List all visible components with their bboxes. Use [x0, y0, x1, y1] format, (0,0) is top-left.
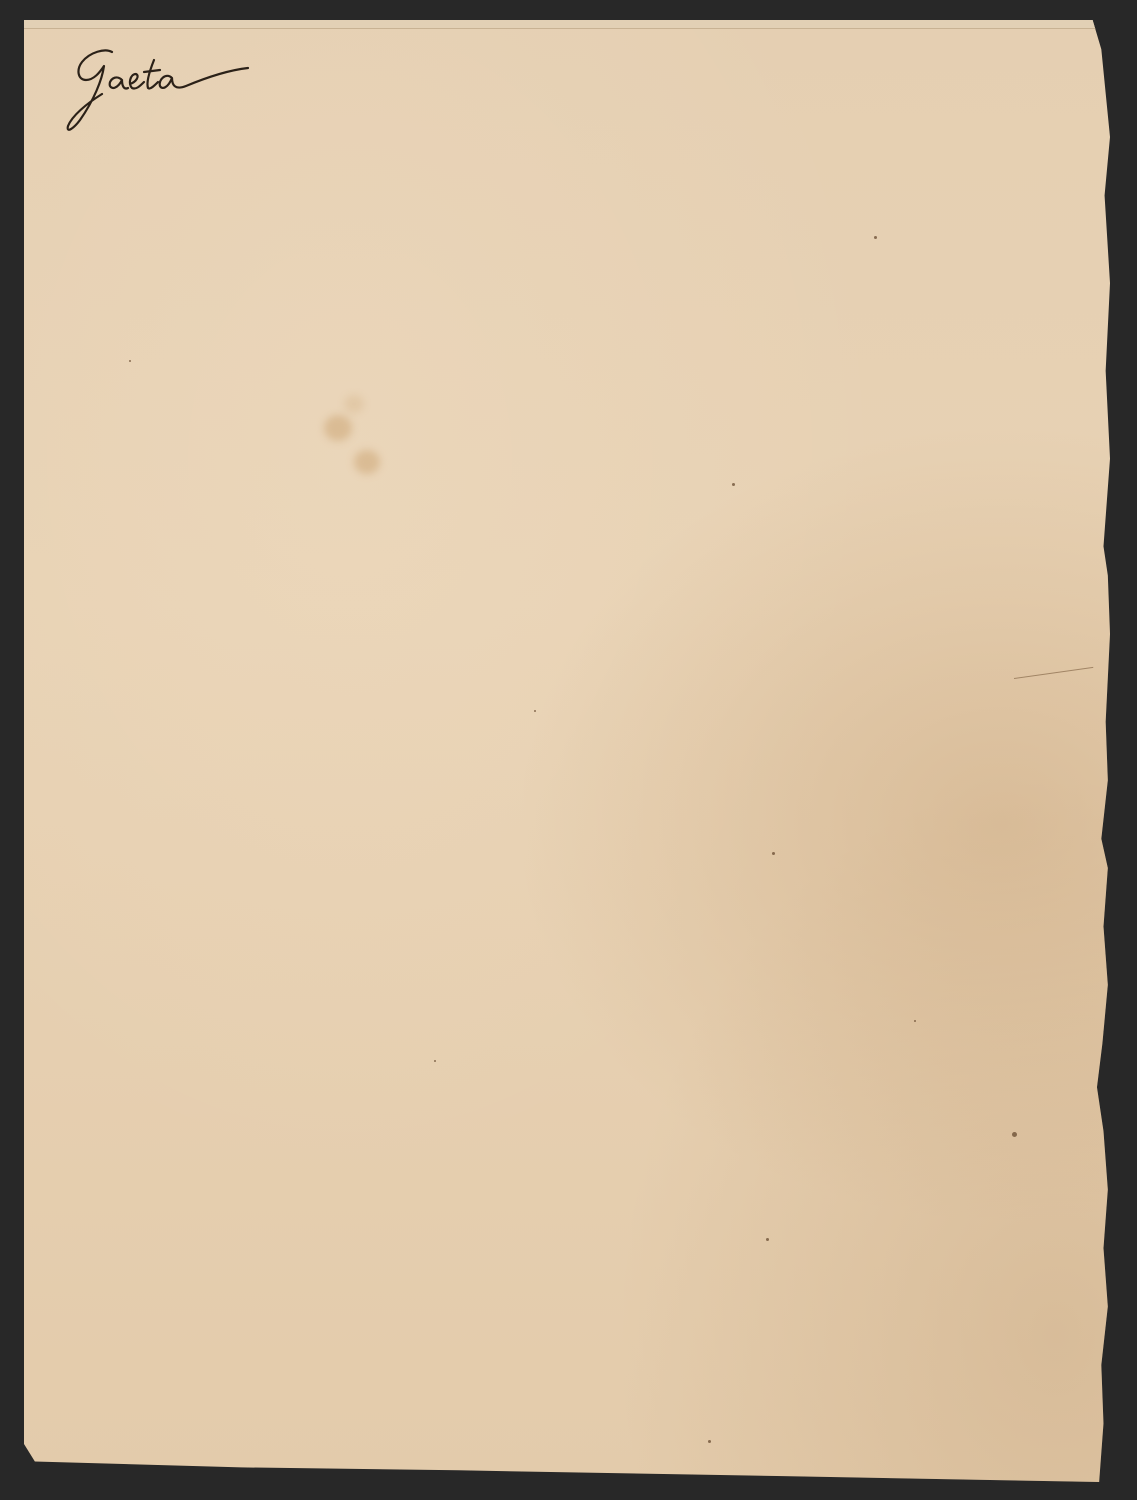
speck	[914, 1020, 916, 1022]
paper-crack	[1014, 667, 1093, 679]
speck	[1012, 1132, 1017, 1137]
speck	[772, 852, 775, 855]
handwritten-label	[50, 40, 260, 140]
speck	[766, 1238, 769, 1241]
speck	[874, 236, 877, 239]
speck	[708, 1440, 711, 1443]
paper-sheet	[24, 20, 1110, 1482]
stain	[324, 415, 352, 441]
stain	[344, 395, 364, 413]
speck	[434, 1060, 436, 1062]
paper-top-edge	[24, 20, 1110, 29]
speck	[129, 360, 131, 362]
speck	[732, 483, 735, 486]
speck	[534, 710, 536, 712]
stain	[354, 450, 380, 474]
